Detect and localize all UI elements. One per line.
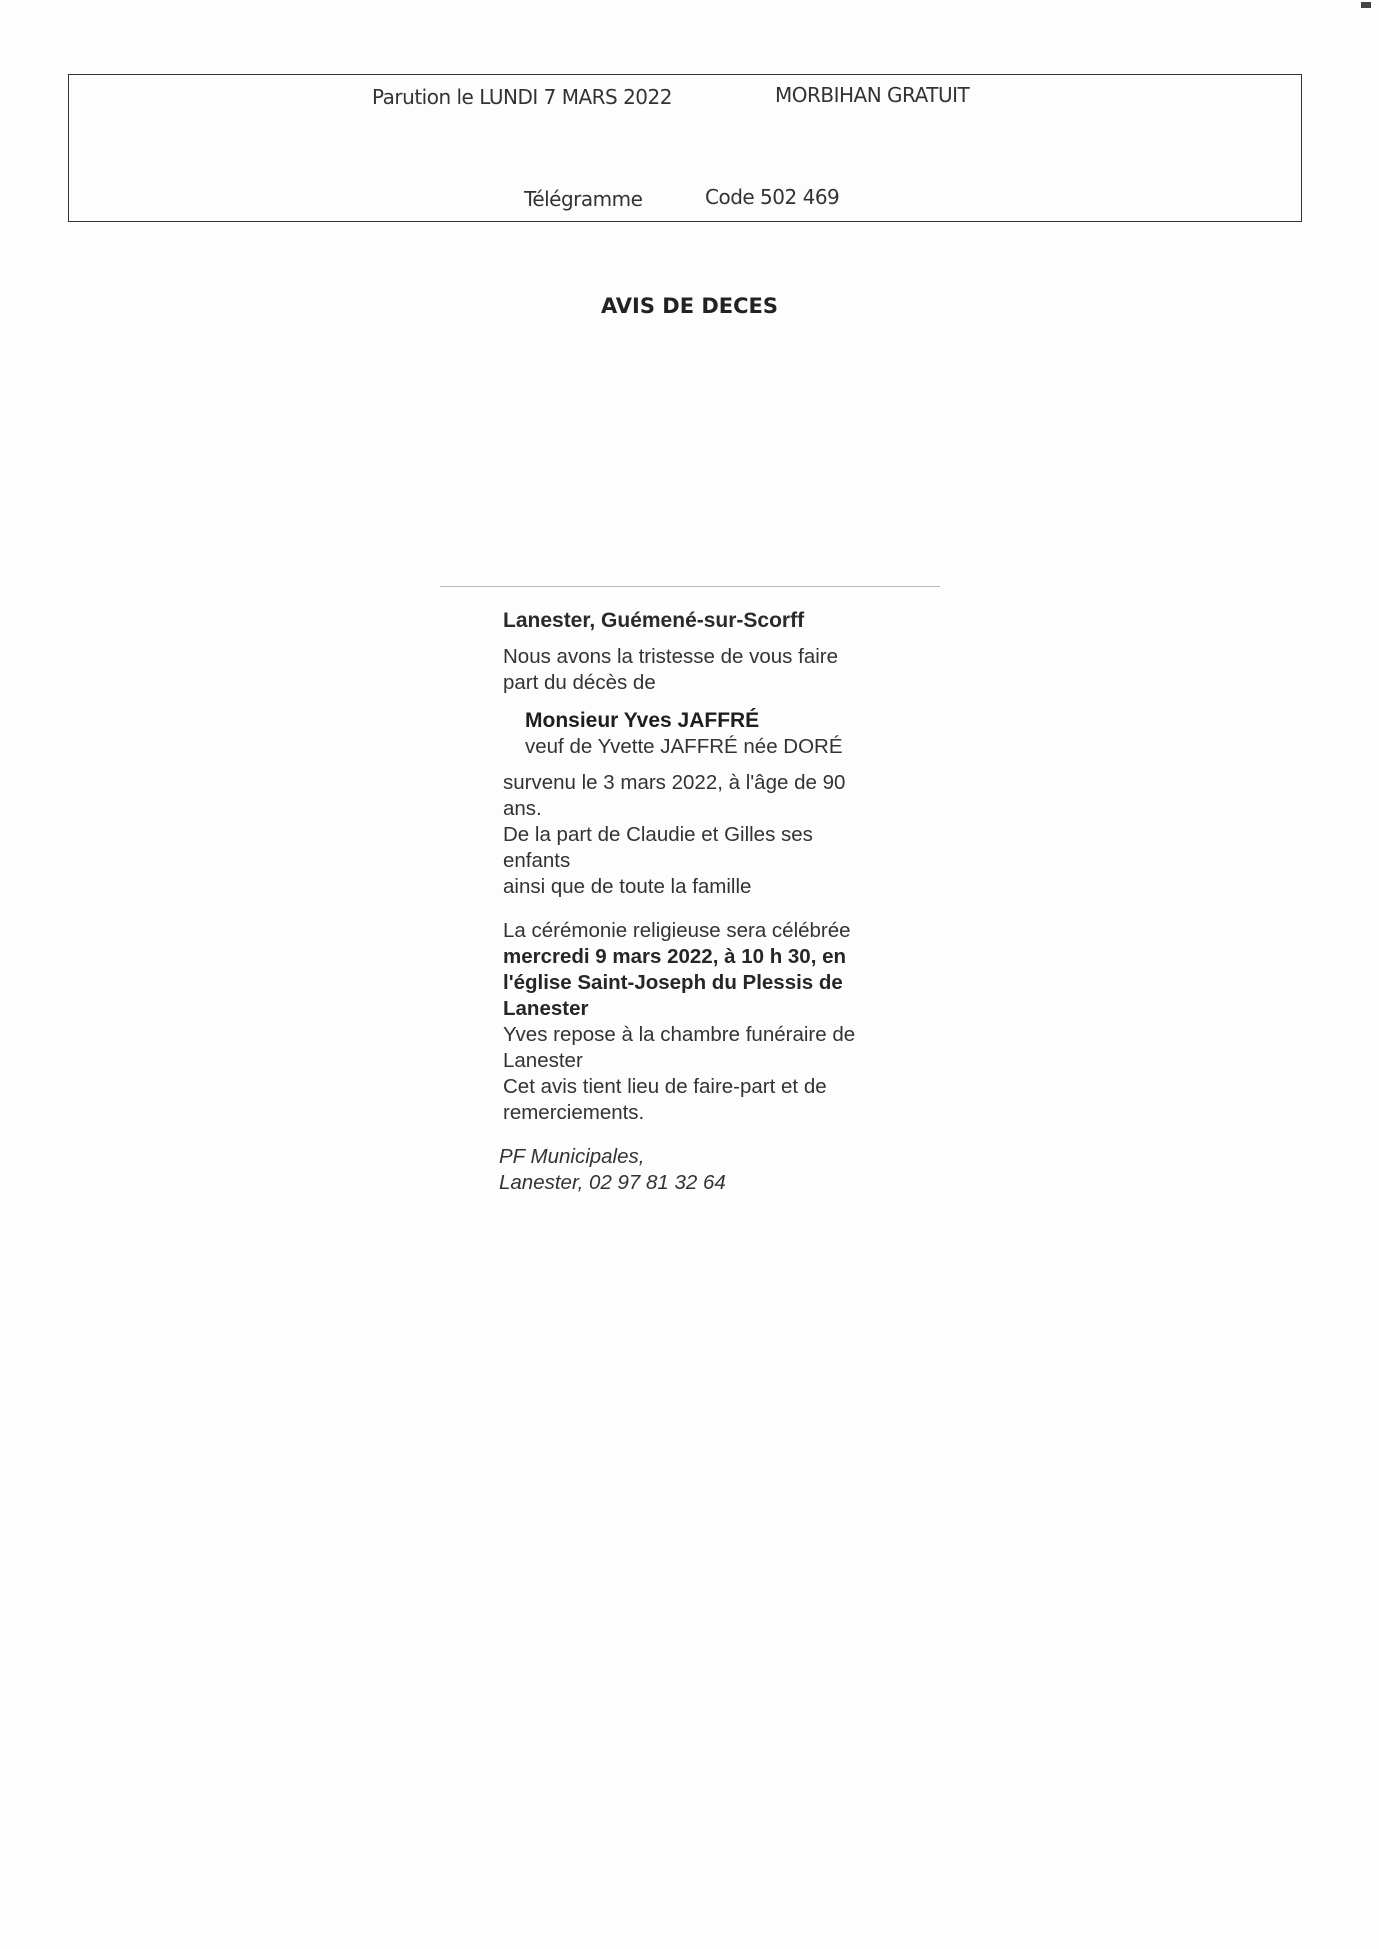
journal-name: Télégramme [524, 187, 642, 211]
notice-place: Lanester, Guémené-sur-Scorff [503, 608, 903, 634]
intro-line: part du décès de [503, 670, 903, 696]
closing-line: remerciements. [503, 1100, 903, 1126]
death-notice: Lanester, Guémené-sur-Scorff Nous avons … [503, 608, 903, 1196]
closing-line: Yves repose à la chambre funéraire de [503, 1022, 903, 1048]
publication-header: Parution le LUNDI 7 MARS 2022 MORBIHAN G… [68, 74, 1302, 222]
detail-line: De la part de Claudie et Gilles ses [503, 822, 903, 848]
scan-mark [1361, 2, 1371, 8]
detail-line: survenu le 3 mars 2022, à l'âge de 90 [503, 770, 903, 796]
detail-line: enfants [503, 848, 903, 874]
edition-label: MORBIHAN GRATUIT [775, 83, 969, 107]
detail-line: ainsi que de toute la famille [503, 874, 903, 900]
deceased-block: Monsieur Yves JAFFRÉ veuf de Yvette JAFF… [503, 708, 903, 760]
ceremony-detail: mercredi 9 mars 2022, à 10 h 30, en [503, 944, 903, 970]
spouse-line: veuf de Yvette JAFFRÉ née DORÉ [525, 734, 903, 760]
page-title: AVIS DE DECES [0, 294, 1379, 318]
funeral-home-contact: Lanester, 02 97 81 32 64 [499, 1170, 903, 1196]
ceremony-detail: Lanester [503, 996, 903, 1022]
deceased-name: Monsieur Yves JAFFRÉ [525, 708, 903, 734]
ceremony-intro: La cérémonie religieuse sera célébrée [503, 918, 903, 944]
closing-line: Cet avis tient lieu de faire-part et de [503, 1074, 903, 1100]
order-code: Code 502 469 [705, 185, 839, 209]
detail-line: ans. [503, 796, 903, 822]
ceremony-detail: l'église Saint-Joseph du Plessis de [503, 970, 903, 996]
divider [440, 586, 940, 587]
intro-line: Nous avons la tristesse de vous faire [503, 644, 903, 670]
closing-line: Lanester [503, 1048, 903, 1074]
publication-date: Parution le LUNDI 7 MARS 2022 [372, 85, 672, 109]
funeral-home-name: PF Municipales, [499, 1144, 903, 1170]
